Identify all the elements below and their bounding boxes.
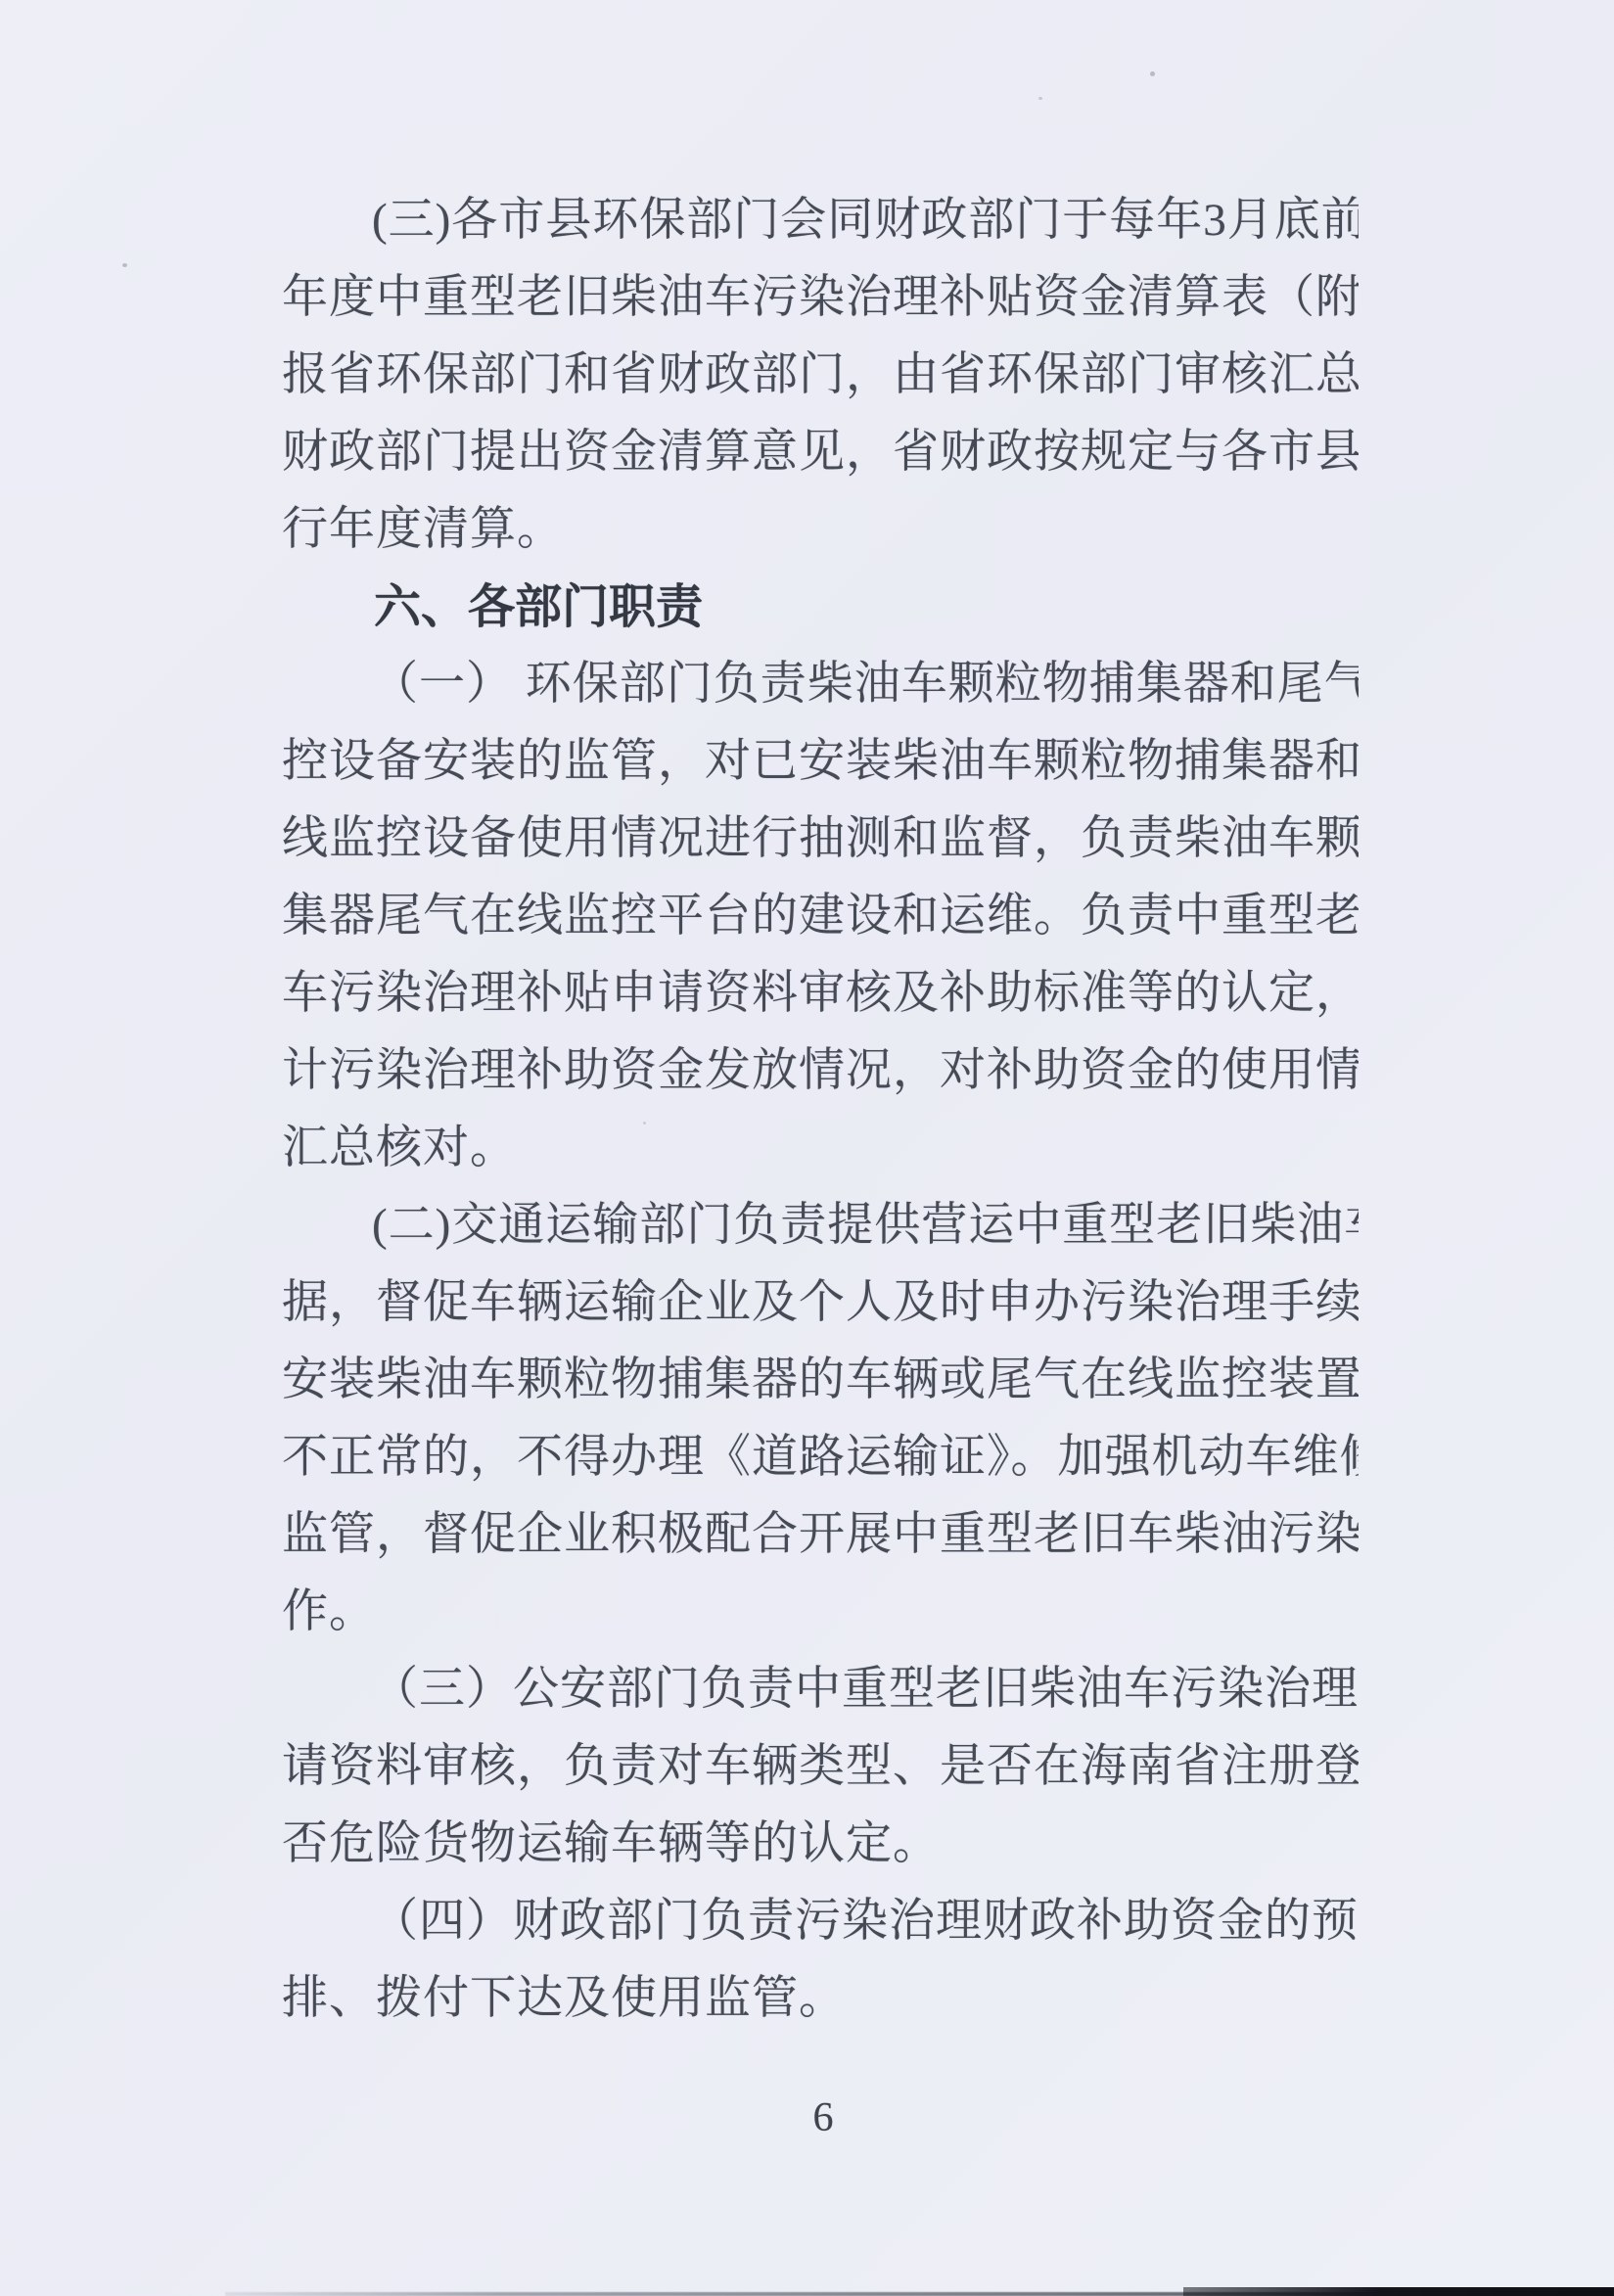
paragraph: （三）公安部门负责中重型老旧柴油车污染治理补贴申 请资料审核，负责对车辆类型、是… — [282, 1651, 1359, 1883]
paragraph: (三)各市县环保部门会同财政部门于每年3月底前将上 年度中重型老旧柴油车污染治理… — [282, 182, 1359, 569]
text-line: (三)各市县环保部门会同财政部门于每年3月底前将上 — [282, 182, 1359, 259]
text-line: 安装柴油车颗粒物捕集器的车辆或尾气在线监控装置运行 — [282, 1342, 1359, 1419]
text-line: 报省环保部门和省财政部门，由省环保部门审核汇总后向省 — [282, 337, 1359, 414]
text-line: 线监控设备使用情况进行抽测和监督，负责柴油车颗粒物捕 — [282, 801, 1359, 878]
document-page: (三)各市县环保部门会同财政部门于每年3月底前将上 年度中重型老旧柴油车污染治理… — [0, 0, 1614, 2296]
scan-speck — [1038, 97, 1042, 100]
scan-speck — [643, 1122, 646, 1125]
scan-speck — [1150, 71, 1155, 76]
text-line: 计污染治理补助资金发放情况，对补助资金的使用情况进行 — [282, 1033, 1359, 1110]
text-line: 请资料审核，负责对车辆类型、是否在海南省注册登记、是 — [282, 1728, 1359, 1806]
scan-speck — [122, 263, 127, 267]
text-line: 否危险货物运输车辆等的认定。 — [282, 1806, 1359, 1883]
page-number: 6 — [725, 2094, 921, 2141]
scan-edge-shadow — [1183, 2287, 1614, 2296]
text-line: 不正常的，不得办理《道路运输证》。加强机动车维修企业 — [282, 1419, 1359, 1496]
text-line: (二)交通运输部门负责提供营运中重型老旧柴油车数 — [282, 1187, 1359, 1264]
text-block: (三)各市县环保部门会同财政部门于每年3月底前将上 年度中重型老旧柴油车污染治理… — [282, 182, 1359, 2038]
text-line: 汇总核对。 — [282, 1110, 1359, 1187]
text-line: 据，督促车辆运输企业及个人及时申办污染治理手续。对未 — [282, 1264, 1359, 1342]
text-line: 监管，督促企业积极配合开展中重型老旧车柴油污染治理工 — [282, 1496, 1359, 1574]
text-line: （三）公安部门负责中重型老旧柴油车污染治理补贴申 — [282, 1651, 1359, 1728]
paragraph: （一） 环保部门负责柴油车颗粒物捕集器和尾气在线监 控设备安装的监管，对已安装柴… — [282, 646, 1359, 1187]
text-line: 集器尾气在线监控平台的建设和运维。负责中重型老旧柴油 — [282, 878, 1359, 955]
text-line: 年度中重型老旧柴油车污染治理补贴资金清算表（附件8） — [282, 259, 1359, 337]
paragraph: （四）财政部门负责污染治理财政补助资金的预算安 排、拨付下达及使用监管。 — [282, 1883, 1359, 2038]
text-line: 控设备安装的监管，对已安装柴油车颗粒物捕集器和尾气在 — [282, 723, 1359, 801]
text-line: 车污染治理补贴申请资料审核及补助标准等的认定，汇总统 — [282, 955, 1359, 1033]
paragraph: (二)交通运输部门负责提供营运中重型老旧柴油车数 据，督促车辆运输企业及个人及时… — [282, 1187, 1359, 1651]
text-line: （一） 环保部门负责柴油车颗粒物捕集器和尾气在线监 — [282, 646, 1359, 723]
text-line: 排、拨付下达及使用监管。 — [282, 1960, 1359, 2038]
text-line: （四）财政部门负责污染治理财政补助资金的预算安 — [282, 1883, 1359, 1960]
text-line: 财政部门提出资金清算意见，省财政按规定与各市县财政进 — [282, 414, 1359, 491]
text-line: 作。 — [282, 1574, 1359, 1651]
section-heading: 六、各部门职责 — [282, 569, 1359, 646]
text-line: 行年度清算。 — [282, 491, 1359, 569]
